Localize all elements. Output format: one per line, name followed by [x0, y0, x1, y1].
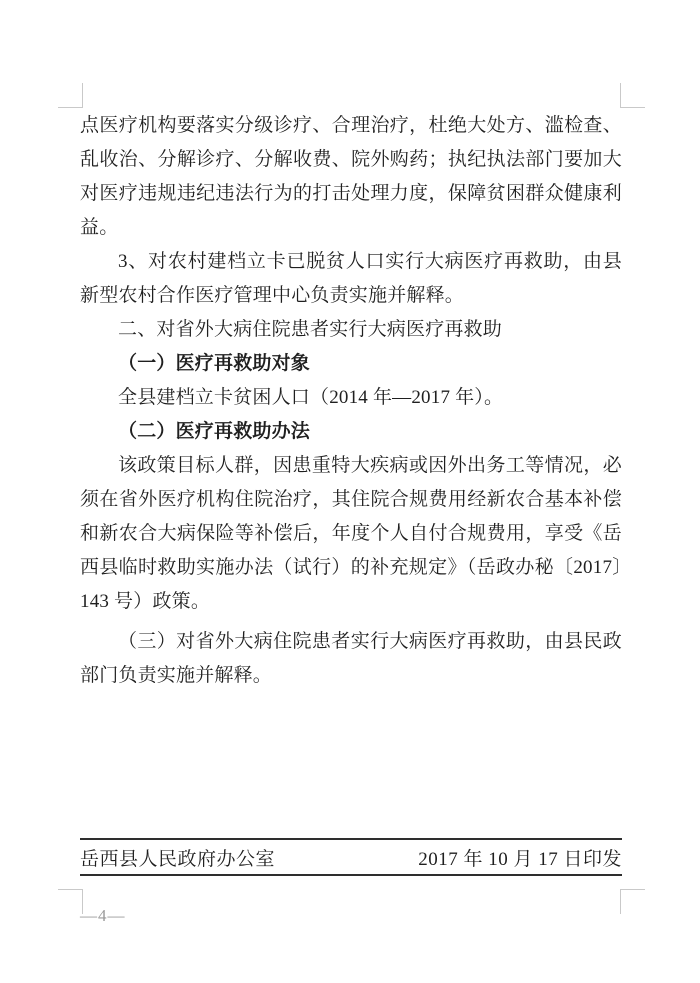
crop-mark-top-right	[620, 83, 645, 108]
paragraph-continuation: 点医疗机构要落实分级诊疗、合理治疗，杜绝大处方、滥检查、乱收治、分解诊疗、分解收…	[80, 109, 622, 245]
paragraph-item-3: 3、对农村建档立卡已脱贫人口实行大病医疗再救助，由县新型农村合作医疗管理中心负责…	[80, 245, 622, 313]
paragraph-policy: 该政策目标人群，因患重特大疾病或因外出务工等情况，必须在省外医疗机构住院治疗，其…	[80, 449, 622, 619]
footer-issuer: 岳西县人民政府办公室	[80, 844, 275, 871]
paragraph-target-group: 全县建档立卡贫困人口（2014 年—2017 年）。	[80, 381, 622, 415]
page-number: —4—	[80, 906, 126, 926]
footer: 岳西县人民政府办公室 2017 年 10 月 17 日印发	[80, 838, 622, 876]
paragraph-section-3: （三）对省外大病住院患者实行大病医疗再救助，由县民政部门负责实施并解释。	[80, 625, 622, 693]
section-heading-2: （二）医疗再救助办法	[80, 415, 622, 449]
paragraph-section-2: 二、对省外大病住院患者实行大病医疗再救助	[80, 313, 622, 347]
document-body: 点医疗机构要落实分级诊疗、合理治疗，杜绝大处方、滥检查、乱收治、分解诊疗、分解收…	[80, 109, 622, 693]
section-heading-1: （一）医疗再救助对象	[80, 347, 622, 381]
footer-print-date: 2017 年 10 月 17 日印发	[418, 844, 622, 871]
crop-mark-bottom-right	[620, 889, 645, 914]
document-page: 点医疗机构要落实分级诊疗、合理治疗，杜绝大处方、滥检查、乱收治、分解诊疗、分解收…	[0, 0, 700, 983]
crop-mark-top-left	[58, 83, 83, 108]
